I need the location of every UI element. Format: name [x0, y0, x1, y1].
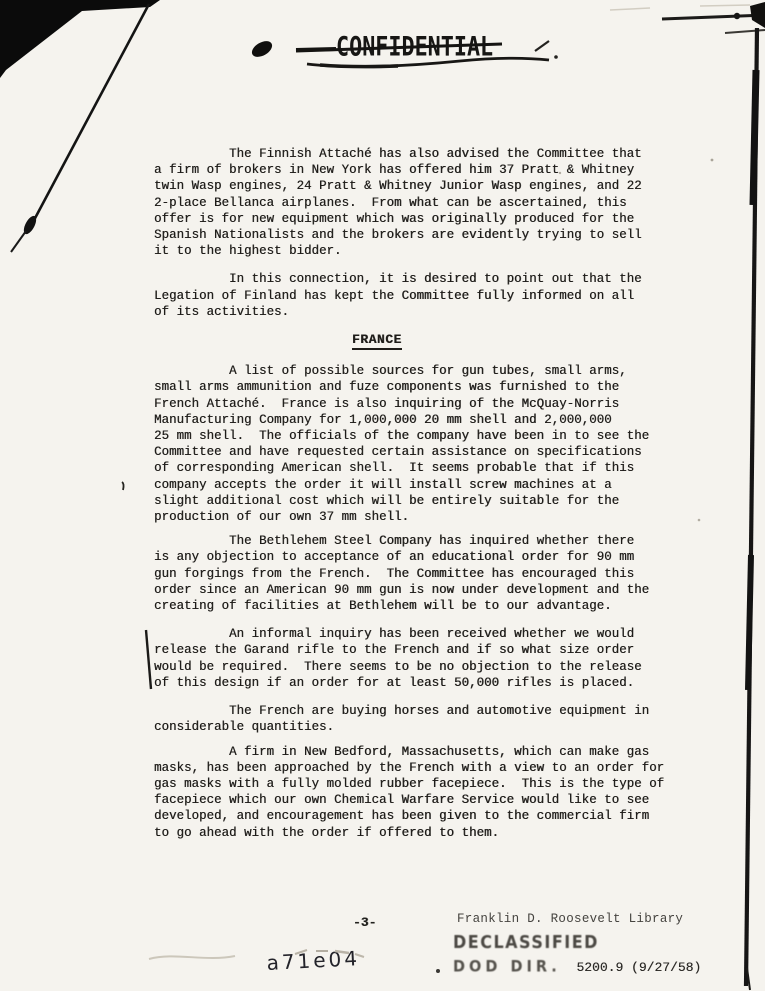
- faint-speck-line-1: [610, 8, 650, 10]
- crease-end-blob: [21, 214, 38, 236]
- scan-line-blob: [734, 13, 740, 19]
- pen-dot: [554, 55, 558, 59]
- fold-crease-line: [33, 4, 149, 222]
- confidential-strike-dash: [296, 49, 336, 50]
- paragraph-new-bedford-gas-masks: A firm in New Bedford, Massachusetts, wh…: [154, 744, 706, 841]
- faint-scribble-bottom-left: [149, 956, 235, 959]
- confidential-scribble-thick: [320, 65, 398, 67]
- dod-directive-number: 5200.9 (9/27/58): [576, 960, 701, 975]
- scanned-document-page: CONFIDENTIAL The Finnish Attaché has als…: [0, 0, 765, 991]
- document-body: The Finnish Attaché has also advised the…: [154, 146, 706, 853]
- page-edge-line-right: [746, 28, 757, 986]
- dod-directive-label: DOD DIR.: [453, 958, 561, 976]
- pen-tick-mark: [535, 41, 549, 51]
- paragraph-garand-rifle: An informal inquiry has been received wh…: [154, 626, 706, 691]
- speck-1: [711, 159, 714, 162]
- corner-fold-shadow: [0, 0, 160, 78]
- page-edge-thick-segment: [753, 70, 756, 205]
- crease-tail-line: [11, 231, 26, 252]
- paragraph-french-purchases: The French are buying horses and automot…: [154, 703, 706, 735]
- dod-directive-stamp: DOD DIR. 5200.9 (9/27/58): [453, 958, 701, 976]
- page-edge-thick-segment-2: [748, 555, 751, 690]
- ink-blob: [249, 38, 275, 60]
- confidential-stamp: CONFIDENTIAL: [336, 31, 493, 62]
- page-edge-bottom-hook: [747, 968, 750, 990]
- top-right-corner-blotch: [750, 2, 765, 28]
- handwritten-note: a71e04: [266, 946, 361, 975]
- paragraph-bethlehem-steel: The Bethlehem Steel Company has inquired…: [154, 533, 706, 614]
- paragraph-france-sources: A list of possible sources for gun tubes…: [154, 363, 706, 525]
- margin-emphasis-line: [146, 630, 151, 689]
- margin-tick-mark: [122, 482, 124, 490]
- section-heading-france: FRANCE: [352, 332, 402, 350]
- scan-line-top-right-2: [725, 30, 765, 33]
- stray-dot-footer: [436, 969, 440, 973]
- faint-speck-line-2: [700, 5, 750, 6]
- paragraph-finnish-offer: The Finnish Attaché has also advised the…: [154, 146, 706, 259]
- declassified-stamp: DECLASSIFIED: [453, 931, 599, 952]
- page-number: -3-: [353, 915, 376, 930]
- scan-line-top-right: [662, 15, 765, 19]
- library-stamp: Franklin D. Roosevelt Library: [457, 912, 683, 926]
- paragraph-finland-legation: In this connection, it is desired to poi…: [154, 271, 706, 320]
